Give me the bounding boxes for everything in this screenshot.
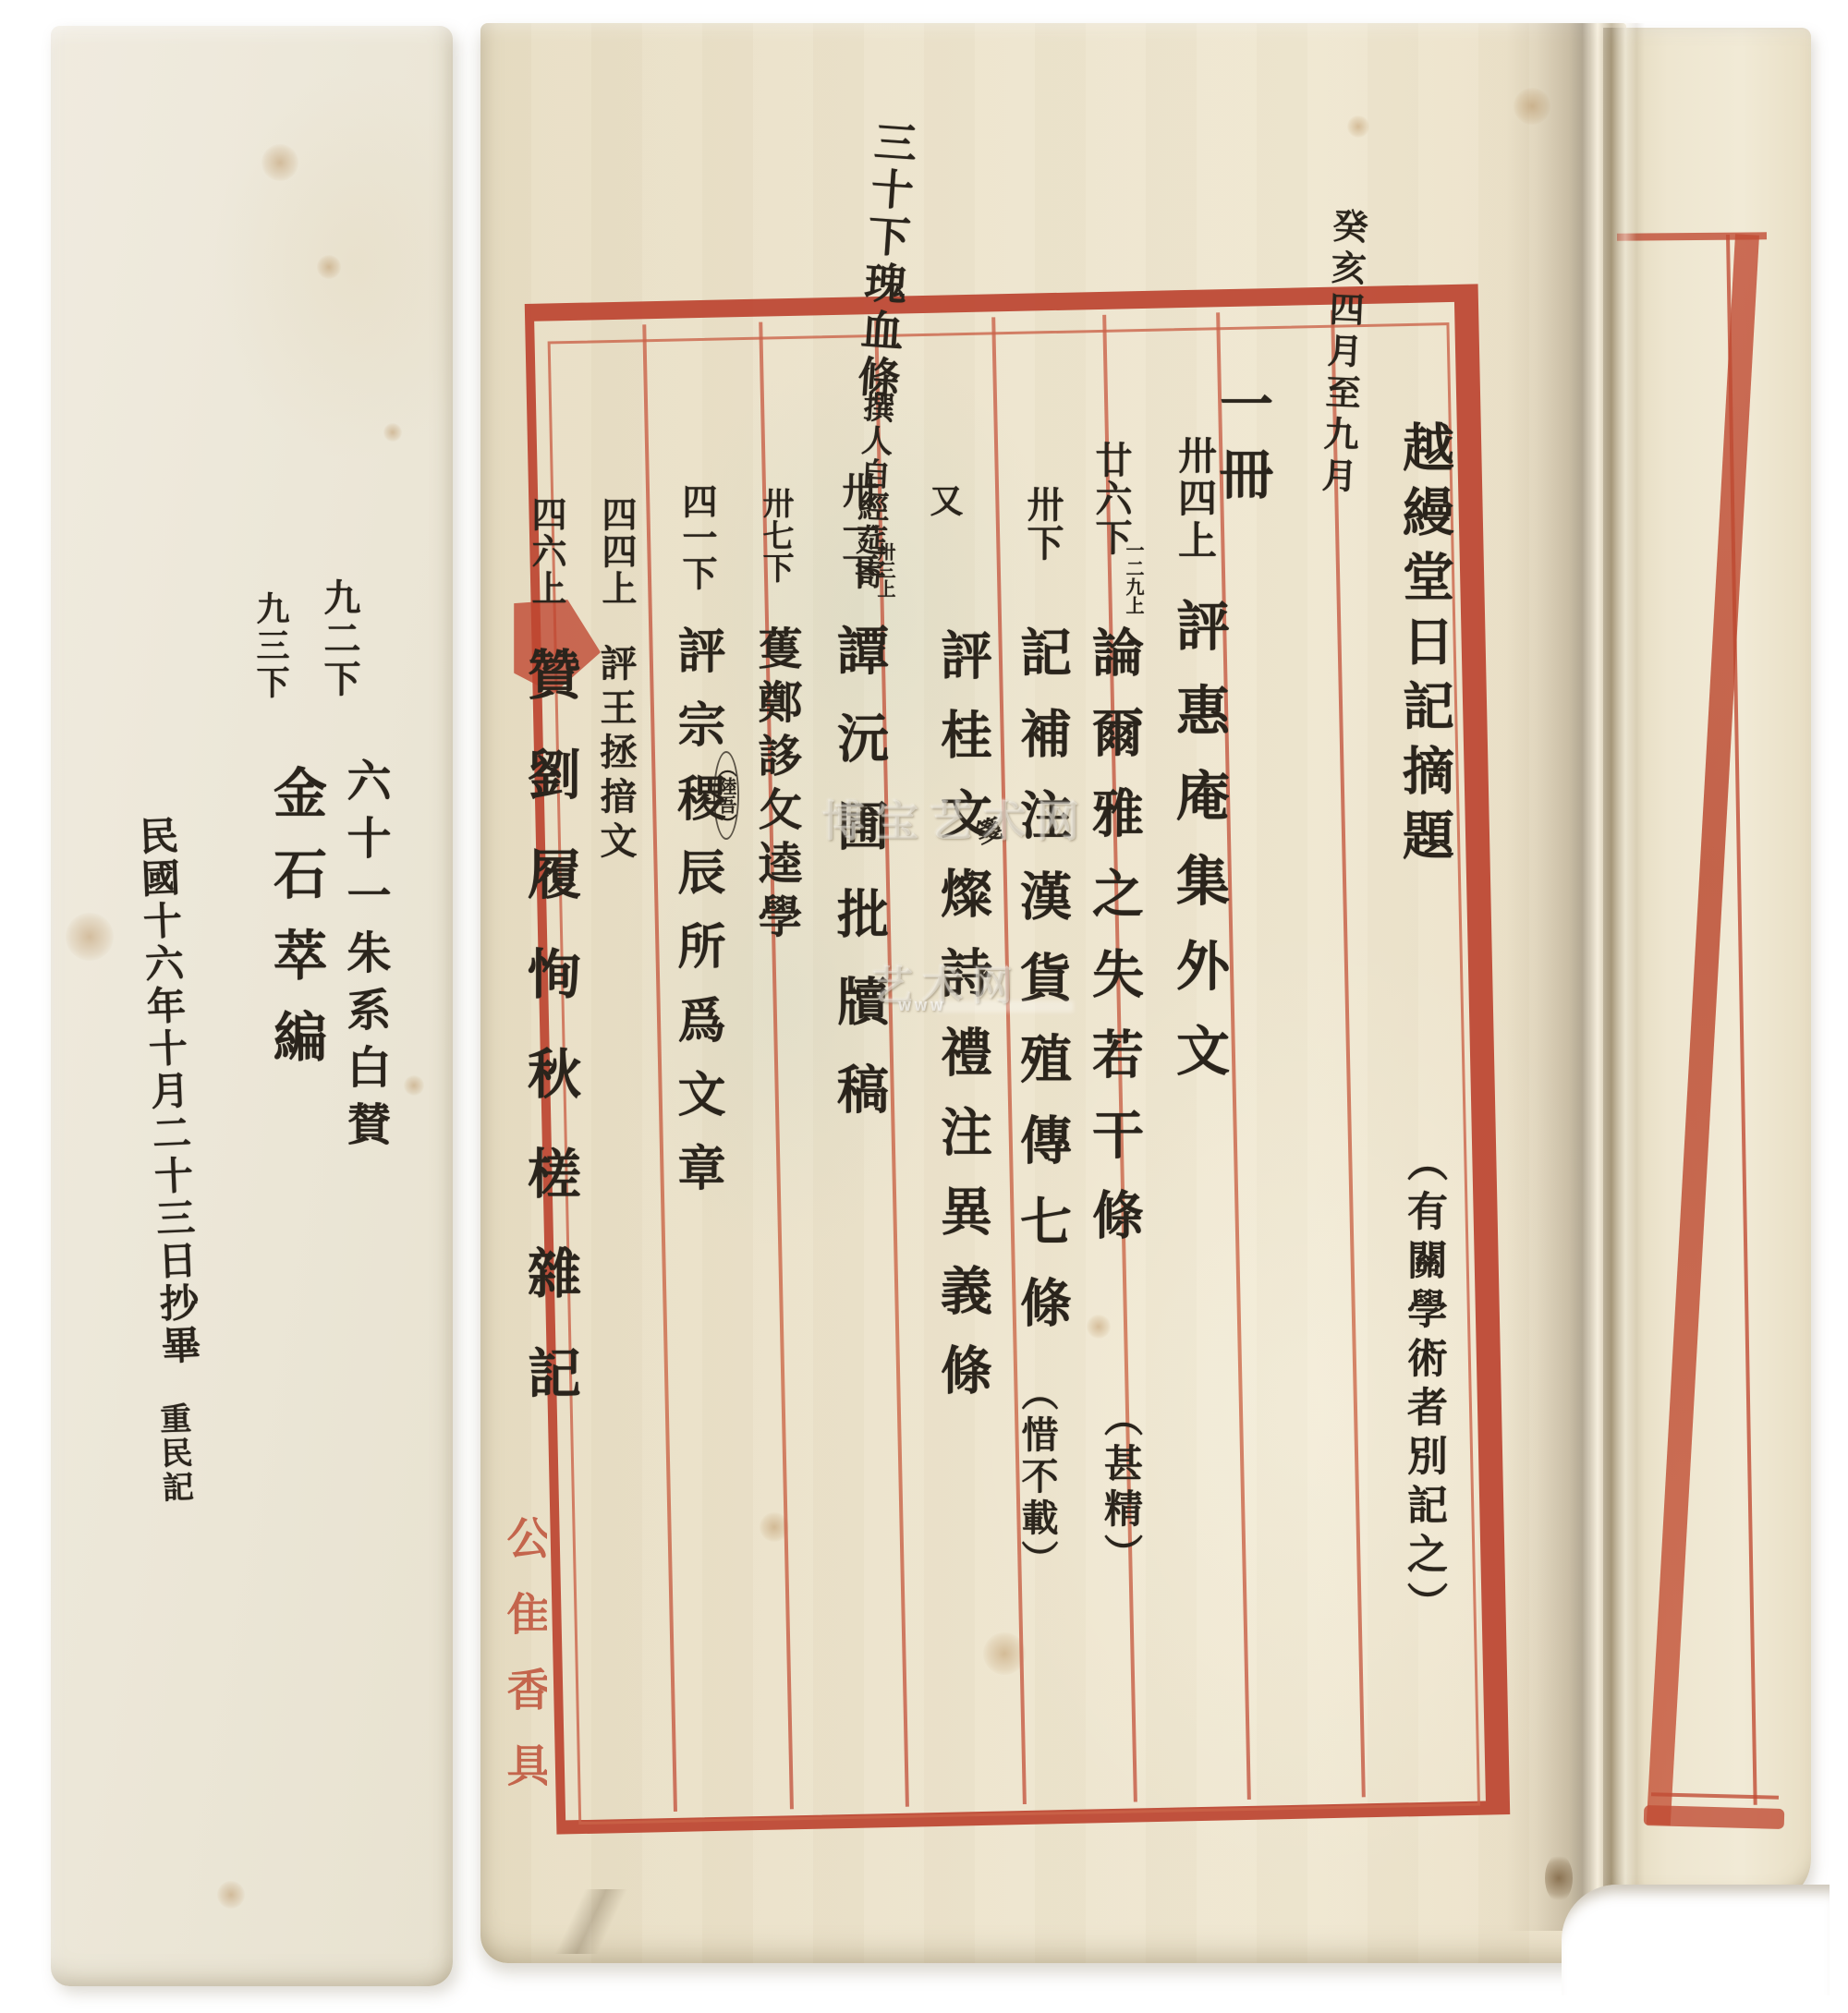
entry-ref: 四一下 <box>679 483 714 591</box>
entry-ref-small: 一二九上 <box>1125 540 1143 614</box>
watermark-url-bar <box>935 1000 1074 1013</box>
entry-text: 評桂文燦詩禮注異義條 <box>937 628 989 1423</box>
entry-text: 論爾雅之失若干條 <box>1088 625 1140 1268</box>
slip-page-ref-2: 九三下 <box>254 591 287 702</box>
wormhole <box>1545 1854 1573 1902</box>
margin-note-again: 又 <box>928 483 961 516</box>
foxing-spot <box>383 423 402 442</box>
entry-ref: 四六上 <box>529 496 564 607</box>
entry-ref: 卅七下 <box>760 487 791 584</box>
paper-maker-mark: 公隹香具 <box>492 1515 547 1811</box>
entry-ref: 卅四上 <box>1175 435 1214 563</box>
bottom-right-cutout <box>1562 1885 1830 1995</box>
entry-comment: ︵甚精︶ <box>1101 1398 1140 1579</box>
entry-ref: 卅下 <box>1024 485 1061 563</box>
entry-ref: 四四上 <box>599 496 634 607</box>
margin-note-sub: 撰人自經莚寄 <box>850 390 892 590</box>
entry-text: 贊劉履恂秋槎雜記 <box>523 647 577 1445</box>
rolled-under-page <box>1603 28 1811 1903</box>
corner-crease <box>499 1889 684 1954</box>
entry-text: 評宗稷辰所爲文章 <box>673 625 721 1217</box>
slip-signature: 重民記 <box>156 1401 191 1505</box>
foxing-spot <box>1347 115 1369 138</box>
annotation-slip: 九二下 九三下 六十一朱系白賛 金石萃編 民國十六年十月二十三日抄畢 重民記 <box>51 26 453 1986</box>
slip-colophon: 民國十六年十月二十三日抄畢 <box>136 815 199 1368</box>
foxing-spot <box>1514 88 1550 125</box>
slip-entry-1: 六十一朱系白賛 <box>343 758 387 1158</box>
date-note: 癸亥四月至九月 <box>1318 207 1366 499</box>
foxing-spot <box>261 144 298 181</box>
entry-text: 蒦鄭誃攵逵學 <box>754 625 798 947</box>
foxing-spot <box>66 913 114 961</box>
watermark-text: 博宝艺术网 <box>822 788 1090 849</box>
entry-comment: ︵惜不載︶ <box>1018 1374 1055 1582</box>
foxing-spot <box>217 1881 245 1909</box>
under-page-bottom-border <box>1644 1805 1785 1829</box>
diary-excerpt-page: 公隹香具 癸亥四月至九月 越縵堂日記摘題 ︵有關學術者別記之︶ 一冊 三十下瑰血… <box>480 23 1626 1963</box>
page-title: 越縵堂日記摘題 <box>1399 420 1451 873</box>
slip-page-ref-1: 九二下 <box>321 578 358 700</box>
manuscript-photo: 九二下 九三下 六十一朱系白賛 金石萃編 民國十六年十月二十三日抄畢 重民記 公… <box>0 0 1848 2013</box>
page-subtitle: ︵有關學術者別記之︶ <box>1403 1141 1443 1631</box>
foxing-spot <box>317 255 341 279</box>
entry-text: 譚沅圃批牘稿 <box>833 624 885 1150</box>
entry-text: 評惠庵集外文 <box>1172 598 1225 1108</box>
volume-label: 一冊 <box>1215 376 1269 516</box>
entry-text: 記補注漢貨殖傳七條 <box>1016 625 1068 1357</box>
slip-entry-2: 金石萃編 <box>269 765 322 1090</box>
foxing-spot <box>404 1075 424 1096</box>
entry-text: 評王拯揞文 <box>597 644 634 866</box>
